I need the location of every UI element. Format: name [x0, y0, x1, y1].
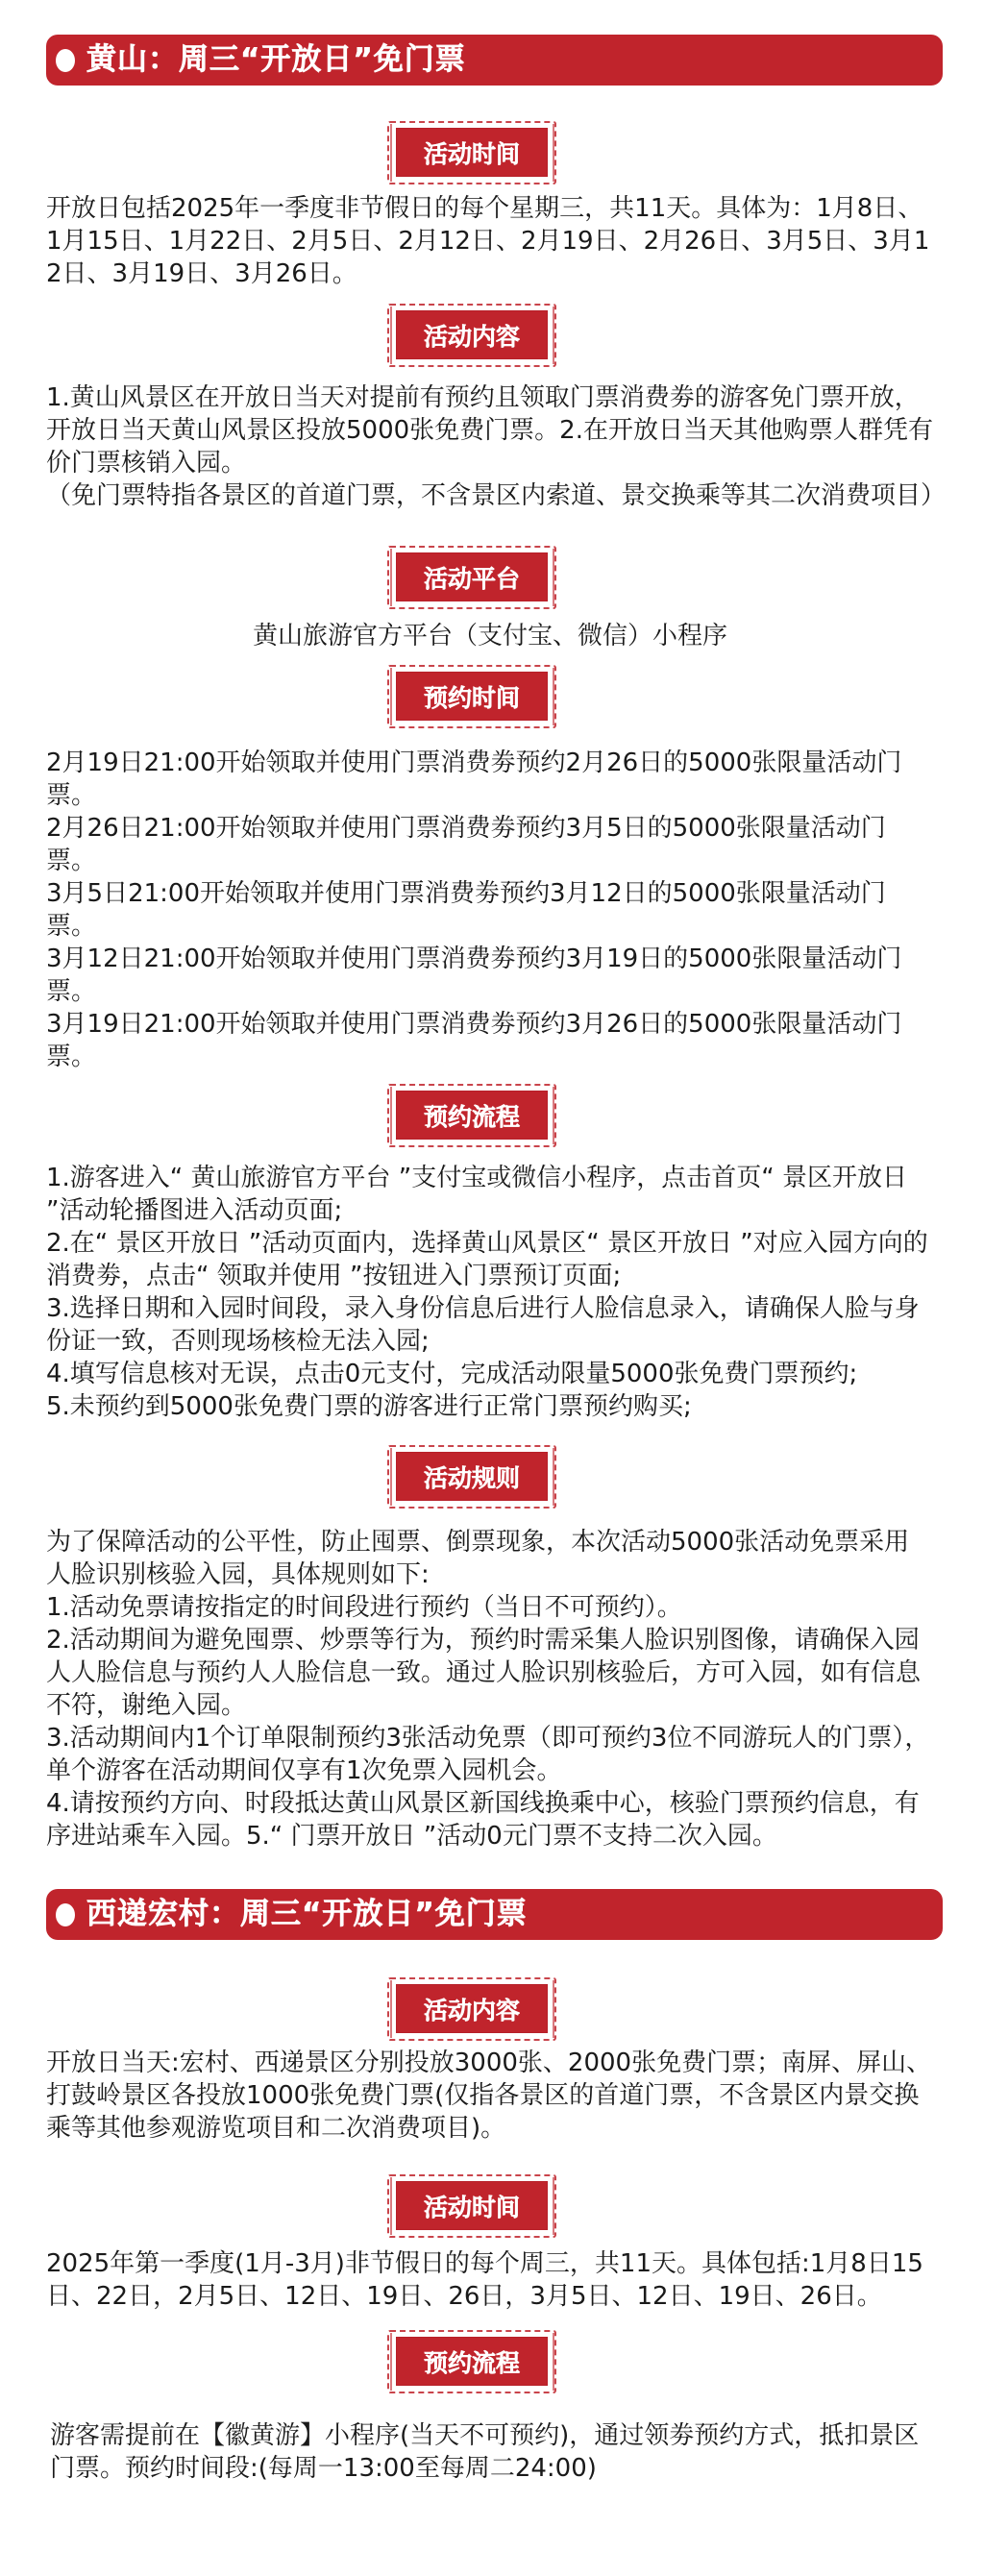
stamp-booking-time: 预约时间: [387, 665, 556, 728]
bullet-dot-icon: [56, 49, 75, 72]
text-line: 开放日包括2025年一季度非节假日的每个星期三，共11天。具体为：1月8日、1月…: [46, 192, 934, 290]
paragraph-booking-process: 1.游客进入“ 黄山旅游官方平台 ”支付宝或微信小程序，点击首页“ 景区开放日 …: [46, 1162, 934, 1423]
stamp-label: 活动规则: [424, 1460, 520, 1494]
text-line: 开放日当天:宏村、西递景区分别投放3000张、2000张免费门票；南屏、屏山、打…: [46, 2047, 934, 2145]
paragraph-activity-time: 开放日包括2025年一季度非节假日的每个星期三，共11天。具体为：1月8日、1月…: [46, 192, 934, 290]
paragraph-activity-content: 1.黄山风景区在开放日当天对提前有预约且领取门票消费劵的游客免门票开放，开放日当…: [46, 381, 934, 512]
text-line: 3月12日21:00开始领取并使用门票消费劵预约3月19日的5000张限量活动门…: [46, 943, 934, 1008]
stamp-box: 活动内容: [397, 311, 547, 358]
stamp-booking-process: 预约流程: [387, 2330, 556, 2393]
stamp-activity-content: 活动内容: [387, 1977, 556, 2041]
paragraph-booking-process: 游客需提前在【徽黄游】小程序(当天不可预约)，通过领劵预约方式，抵扣景区门票。预…: [50, 2419, 938, 2485]
text-line: 1.活动免票请按指定的时间段进行预约（当日不可预约）。: [46, 1591, 934, 1624]
stamp-box: 活动平台: [397, 553, 547, 601]
text-line: 黄山旅游官方平台（支付宝、微信）小程序: [46, 620, 934, 652]
text-line: 2月19日21:00开始领取并使用门票消费劵预约2月26日的5000张限量活动门…: [46, 747, 934, 812]
paragraph-activity-platform: 黄山旅游官方平台（支付宝、微信）小程序: [46, 620, 934, 652]
text-line: 2.活动期间为避免囤票、炒票等行为，预约时需采集人脸识别图像，请确保入园人人脸信…: [46, 1624, 934, 1722]
section-banner-huangshan: 黄山：周三“开放日”免门票: [46, 35, 943, 86]
text-line: 为了保障活动的公平性，防止囤票、倒票现象，本次活动5000张活动免票采用人脸识别…: [46, 1526, 934, 1591]
stamp-label: 活动时间: [424, 135, 520, 170]
stamp-box: 活动内容: [397, 1985, 547, 2032]
stamp-box: 活动时间: [397, 2182, 547, 2229]
text-line: 3月19日21:00开始领取并使用门票消费劵预约3月26日的5000张限量活动门…: [46, 1008, 934, 1073]
text-line: 5.未预约到5000张免费门票的游客进行正常门票预约购买;: [46, 1390, 934, 1423]
text-line: 4.填写信息核对无误，点击0元支付，完成活动限量5000张免费门票预约;: [46, 1358, 934, 1390]
stamp-activity-content: 活动内容: [387, 304, 556, 367]
stamp-activity-platform: 活动平台: [387, 546, 556, 609]
stamp-box: 活动时间: [397, 129, 547, 176]
paragraph-activity-content: 开放日当天:宏村、西递景区分别投放3000张、2000张免费门票；南屏、屏山、打…: [46, 2047, 934, 2145]
section-title: 西递宏村：周三“开放日”免门票: [86, 1900, 528, 1929]
stamp-label: 预约时间: [424, 679, 520, 714]
text-line: 1.黄山风景区在开放日当天对提前有预约且领取门票消费劵的游客免门票开放，开放日当…: [46, 381, 934, 479]
bullet-dot-icon: [56, 1903, 75, 1926]
stamp-activity-time: 活动时间: [387, 2174, 556, 2238]
stamp-label: 活动时间: [424, 2189, 520, 2223]
text-line: 3月5日21:00开始领取并使用门票消费劵预约3月12日的5000张限量活动门票…: [46, 877, 934, 943]
stamp-box: 预约流程: [397, 2338, 547, 2385]
stamp-box: 活动规则: [397, 1453, 547, 1500]
text-line: 3.活动期间内1个订单限制预约3张活动免票（即可预约3位不同游玩人的门票），单个…: [46, 1722, 934, 1787]
text-line: 3.选择日期和入园时间段，录入身份信息后进行人脸信息录入，请确保人脸与身份证一致…: [46, 1292, 934, 1358]
stamp-activity-rules: 活动规则: [387, 1445, 556, 1509]
stamp-label: 预约流程: [424, 2344, 520, 2379]
stamp-label: 活动平台: [424, 560, 520, 595]
stamp-box: 预约流程: [397, 1092, 547, 1139]
stamp-booking-process: 预约流程: [387, 1084, 556, 1147]
stamp-label: 活动内容: [424, 318, 520, 353]
paragraph-activity-rules: 为了保障活动的公平性，防止囤票、倒票现象，本次活动5000张活动免票采用人脸识别…: [46, 1526, 934, 1852]
text-line: 2.在“ 景区开放日 ”活动页面内，选择黄山风景区“ 景区开放日 ”对应入园方向…: [46, 1227, 934, 1292]
text-line: （免门票特指各景区的首道门票，不含景区内索道、景交换乘等其二次消费项目）: [46, 479, 934, 512]
stamp-label: 预约流程: [424, 1098, 520, 1133]
paragraph-activity-time: 2025年第一季度(1月-3月)非节假日的每个周三，共11天。具体包括:1月8日…: [46, 2247, 934, 2313]
section-title: 黄山：周三“开放日”免门票: [86, 45, 466, 75]
stamp-activity-time: 活动时间: [387, 121, 556, 184]
stamp-box: 预约时间: [397, 673, 547, 720]
text-line: 1.游客进入“ 黄山旅游官方平台 ”支付宝或微信小程序，点击首页“ 景区开放日 …: [46, 1162, 934, 1227]
stamp-label: 活动内容: [424, 1992, 520, 2026]
text-line: 4.请按预约方向、时段抵达黄山风景区新国线换乘中心，核验门票预约信息，有序进站乘…: [46, 1787, 934, 1852]
section-banner-xidi-hongcun: 西递宏村：周三“开放日”免门票: [46, 1889, 943, 1940]
paragraph-booking-time: 2月19日21:00开始领取并使用门票消费劵预约2月26日的5000张限量活动门…: [46, 747, 934, 1073]
text-line: 2月26日21:00开始领取并使用门票消费劵预约3月5日的5000张限量活动门票…: [46, 812, 934, 877]
text-line: 2025年第一季度(1月-3月)非节假日的每个周三，共11天。具体包括:1月8日…: [46, 2247, 934, 2313]
text-line: 游客需提前在【徽黄游】小程序(当天不可预约)，通过领劵预约方式，抵扣景区门票。预…: [50, 2419, 938, 2485]
